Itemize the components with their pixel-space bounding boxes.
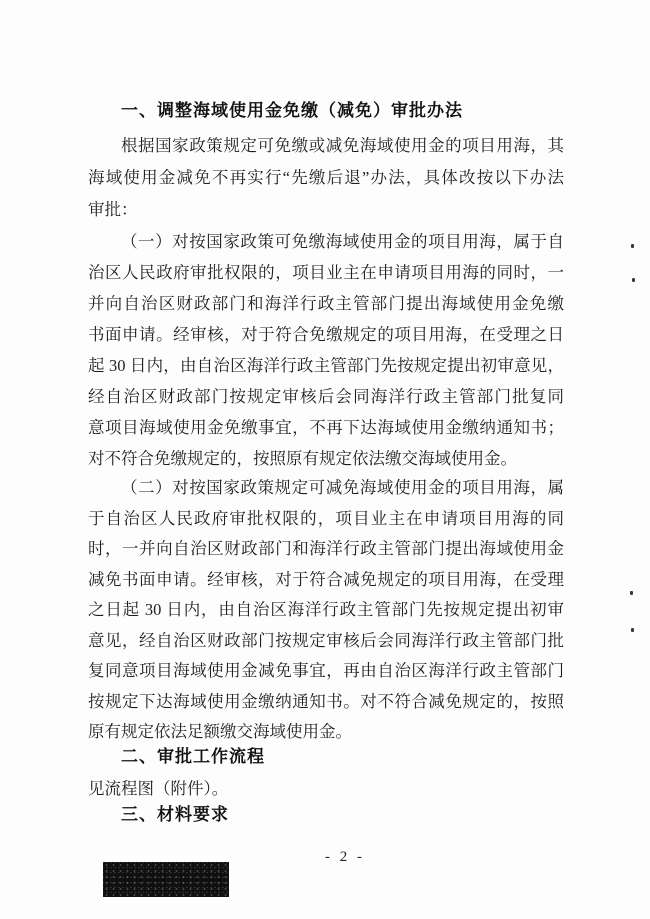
text-line: 减免书面申请。经审核，对于符合减免规定的项目用海，在受理: [88, 565, 564, 596]
text-line: 原有规定依法足额缴交海域使用金。: [88, 717, 564, 748]
text-line: 意见，经自治区财政部门按规定审核后会同海洋行政主管部门批: [88, 626, 564, 657]
item-1-paragraph: （一）对按国家政策可免缴海域使用金的项目用海，属于自治区人民政府审批权限的，项目…: [88, 226, 564, 474]
text-line: 意项目海域使用金免缴事宜，不再下达海域使用金缴纳通知书；: [88, 412, 564, 443]
text-line: 海域使用金减免不再实行“先缴后退”办法，具体改按以下办法: [88, 162, 564, 194]
redaction-box: [103, 862, 229, 897]
text-line: 对不符合免缴规定的，按照原有规定依法缴交海域使用金。: [88, 443, 564, 474]
text-line: （二）对按国家政策规定可减免海域使用金的项目用海，属: [88, 473, 564, 504]
text-line: 根据国家政策规定可免缴或减免海域使用金的项目用海，其: [88, 130, 564, 162]
section-1-heading: 一、调整海域使用金免缴（减免）审批办法: [88, 101, 597, 121]
intro-paragraph: 根据国家政策规定可免缴或减免海域使用金的项目用海，其海域使用金减免不再实行“先缴…: [88, 130, 564, 226]
text-line: 时，一并向自治区财政部门和海洋行政主管部门提出海域使用金: [88, 534, 564, 565]
scan-speck-icon: [631, 244, 634, 248]
scan-speck-icon: [632, 278, 635, 282]
section-2-heading: 二、审批工作流程: [88, 747, 597, 767]
text-line: 于自治区人民政府审批权限的，项目业主在申请项目用海的同: [88, 504, 564, 535]
text-line: 并向自治区财政部门和海洋行政主管部门提出海域使用金免缴: [88, 288, 564, 319]
document-page: 一、调整海域使用金免缴（减免）审批办法 根据国家政策规定可免缴或减免海域使用金的…: [0, 0, 650, 919]
scan-speck-icon: [630, 591, 633, 595]
text-line: 按规定下达海域使用金缴纳通知书。对不符合减免规定的，按照: [88, 687, 564, 718]
scan-speck-icon: [631, 628, 634, 632]
text-line: 复同意项目海域使用金减免事宜，再由自治区海洋行政主管部门: [88, 656, 564, 687]
text-line: 起 30 日内，由自治区海洋行政主管部门先按规定提出初审意见，: [88, 350, 564, 381]
item-2-paragraph: （二）对按国家政策规定可减免海域使用金的项目用海，属于自治区人民政府审批权限的，…: [88, 473, 564, 748]
text-line: （一）对按国家政策可免缴海域使用金的项目用海，属于自: [88, 226, 564, 257]
text-line: 书面申请。经审核，对于符合免缴规定的项目用海，在受理之日: [88, 319, 564, 350]
text-line: 审批：: [88, 194, 564, 226]
section-3-heading: 三、材料要求: [88, 805, 597, 825]
text-line: 之日起 30 日内，由自治区海洋行政主管部门先按规定提出初审: [88, 595, 564, 626]
text-line: 治区人民政府审批权限的，项目业主在申请项目用海的同时，一: [88, 257, 564, 288]
text-line: 经自治区财政部门按规定审核后会同海洋行政主管部门批复同: [88, 381, 564, 412]
section-2-body: 见流程图（附件）。: [88, 777, 564, 801]
